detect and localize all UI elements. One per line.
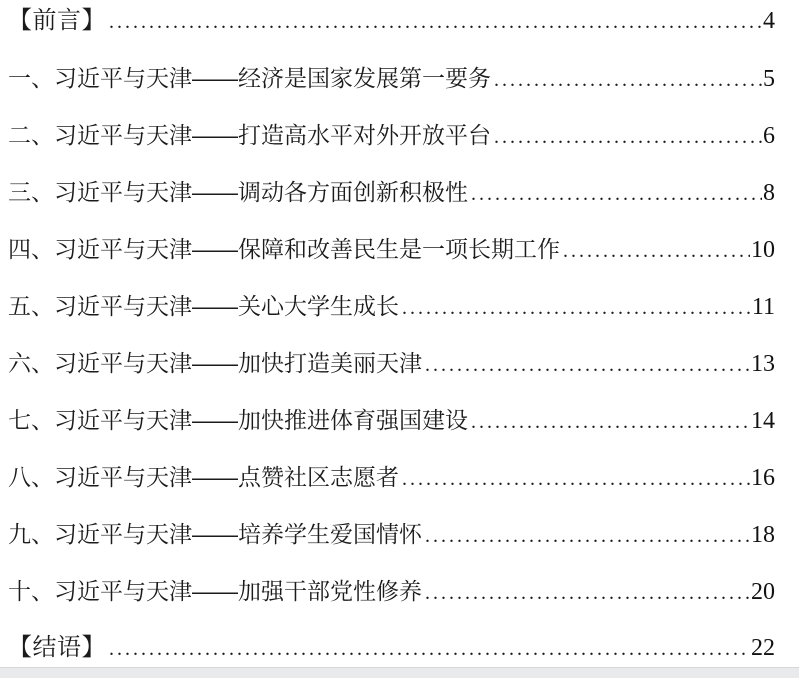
dot-leader: ........................................… <box>109 5 762 39</box>
toc-entry[interactable]: 八、习近平与天津——点赞社区志愿者 ......................… <box>8 460 775 494</box>
toc-entry[interactable]: 【结语】 ...................................… <box>8 631 775 665</box>
dot-leader: ........................................… <box>471 177 762 211</box>
toc-entry[interactable]: 六、习近平与天津——加快打造美丽天津 .....................… <box>8 346 775 380</box>
toc-entry-title: 六、习近平与天津——加快打造美丽天津 <box>8 346 422 380</box>
dot-leader: ........................................… <box>425 576 750 610</box>
dot-leader: ........................................… <box>471 405 750 439</box>
dot-leader: ........................................… <box>402 462 750 496</box>
toc-entry-title: 七、习近平与天津——加快推进体育强国建设 <box>8 403 468 437</box>
toc-entry-page-number: 16 <box>751 461 775 495</box>
toc-entry-page-number: 10 <box>751 233 775 267</box>
toc-entry[interactable]: 十、习近平与天津——加强干部党性修养 .....................… <box>8 574 775 608</box>
toc-entry-title: 一、习近平与天津——经济是国家发展第一要务 <box>8 61 491 95</box>
dot-leader: ........................................… <box>563 234 750 268</box>
dot-leader: ........................................… <box>109 632 750 666</box>
toc-entry-title: 【结语】 <box>8 631 106 665</box>
toc-entry-page-number: 14 <box>751 404 775 438</box>
dot-leader: ........................................… <box>402 291 751 325</box>
toc-entry-page-number: 18 <box>751 518 775 552</box>
toc-entry-page-number: 22 <box>751 631 775 665</box>
toc-entry-page-number: 11 <box>752 290 775 324</box>
page-bottom-edge <box>0 667 799 678</box>
toc-entry-title: 八、习近平与天津——点赞社区志愿者 <box>8 460 399 494</box>
toc-entry-page-number: 5 <box>763 62 775 96</box>
toc-entry[interactable]: 【前言】 ...................................… <box>8 4 775 38</box>
toc-entry[interactable]: 一、习近平与天津——经济是国家发展第一要务 ..................… <box>8 61 775 95</box>
dot-leader: ........................................… <box>425 519 750 553</box>
toc-entry-page-number: 13 <box>751 347 775 381</box>
dot-leader: ........................................… <box>425 348 750 382</box>
toc-entry-title: 九、习近平与天津——培养学生爱国情怀 <box>8 517 422 551</box>
dot-leader: ........................................… <box>494 120 762 154</box>
document-page: 【前言】 ...................................… <box>0 0 799 678</box>
toc-entry-title: 【前言】 <box>8 4 106 38</box>
toc-entry-title: 十、习近平与天津——加强干部党性修养 <box>8 574 422 608</box>
toc-entry-title: 五、习近平与天津——关心大学生成长 <box>8 289 399 323</box>
toc-entry[interactable]: 二、习近平与天津——打造高水平对外开放平台 ..................… <box>8 118 775 152</box>
toc-entry-page-number: 8 <box>763 176 775 210</box>
toc-entry[interactable]: 四、习近平与天津——保障和改善民生是一项长期工作 ...............… <box>8 232 775 266</box>
toc-entry-page-number: 20 <box>751 575 775 609</box>
toc-entry-title: 三、习近平与天津——调动各方面创新积极性 <box>8 175 468 209</box>
toc-entry[interactable]: 五、习近平与天津——关心大学生成长 ......................… <box>8 289 775 323</box>
toc-entry-page-number: 4 <box>763 4 775 38</box>
toc-entry-title: 四、习近平与天津——保障和改善民生是一项长期工作 <box>8 232 560 266</box>
toc-entry-page-number: 6 <box>763 119 775 153</box>
toc-entry[interactable]: 七、习近平与天津——加快推进体育强国建设 ...................… <box>8 403 775 437</box>
toc-entry-title: 二、习近平与天津——打造高水平对外开放平台 <box>8 118 491 152</box>
dot-leader: ........................................… <box>494 63 762 97</box>
toc-entry[interactable]: 九、习近平与天津——培养学生爱国情怀 .....................… <box>8 517 775 551</box>
toc-entry[interactable]: 三、习近平与天津——调动各方面创新积极性 ...................… <box>8 175 775 209</box>
